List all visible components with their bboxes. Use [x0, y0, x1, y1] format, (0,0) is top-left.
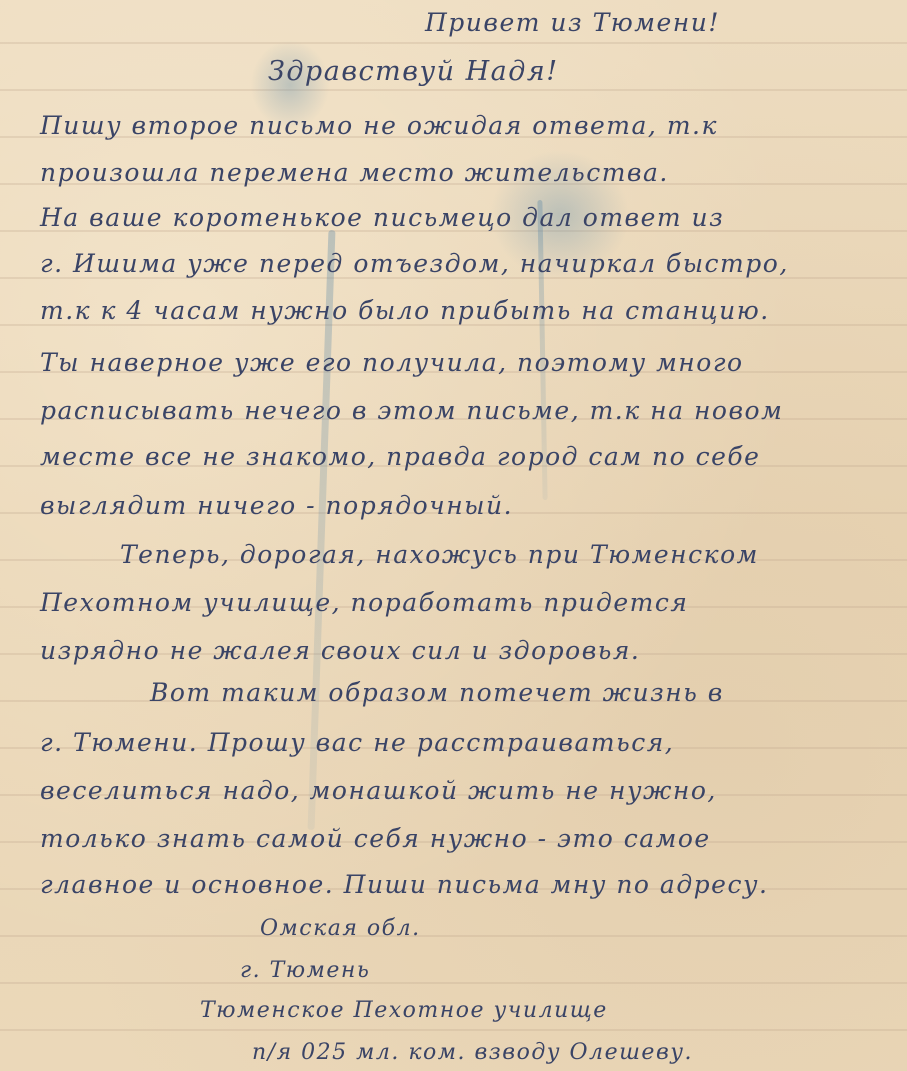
- letter-page: Привет из Тюмени! Здравствуй Надя! Пишу …: [0, 0, 907, 1071]
- body-line: выглядит ничего - порядочный.: [40, 493, 513, 518]
- body-line: Пишу второе письмо не ожидая ответа, т.к: [40, 113, 718, 138]
- letter-header: Привет из Тюмени!: [425, 10, 720, 35]
- address-line: Тюменское Пехотное училище: [200, 1000, 608, 1022]
- address-line: п/я 025 мл. ком. взводу Олешеву.: [252, 1042, 693, 1064]
- body-line: г. Ишима уже перед отъездом, начиркал бы…: [40, 251, 789, 276]
- body-line: т.к к 4 часам нужно было прибыть на стан…: [40, 298, 770, 323]
- body-line: веселиться надо, монашкой жить не нужно,: [40, 778, 717, 803]
- address-line: г. Тюмень: [240, 960, 370, 982]
- body-line: расписывать нечего в этом письме, т.к на…: [40, 398, 783, 423]
- body-line: месте все не знакомо, правда город сам п…: [40, 444, 760, 469]
- body-line: Пехотном училище, поработать придется: [40, 590, 688, 615]
- body-line: Теперь, дорогая, нахожусь при Тюменском: [120, 542, 759, 567]
- body-line: изрядно не жалея своих сил и здоровья.: [40, 638, 640, 663]
- body-line: г. Тюмени. Прошу вас не расстраиваться,: [40, 730, 674, 755]
- address-line: Омская обл.: [260, 918, 421, 940]
- letter-salutation: Здравствуй Надя!: [268, 58, 559, 85]
- body-line: произошла перемена место жительства.: [40, 160, 669, 185]
- body-line: только знать самой себя нужно - это само…: [40, 826, 711, 851]
- body-line: Вот таким образом потечет жизнь в: [150, 680, 724, 705]
- body-line: главное и основное. Пиши письма мну по а…: [40, 872, 768, 897]
- body-line: Ты наверное уже его получила, поэтому мн…: [40, 350, 744, 375]
- body-line: На ваше коротенькое письмецо дал ответ и…: [40, 205, 724, 230]
